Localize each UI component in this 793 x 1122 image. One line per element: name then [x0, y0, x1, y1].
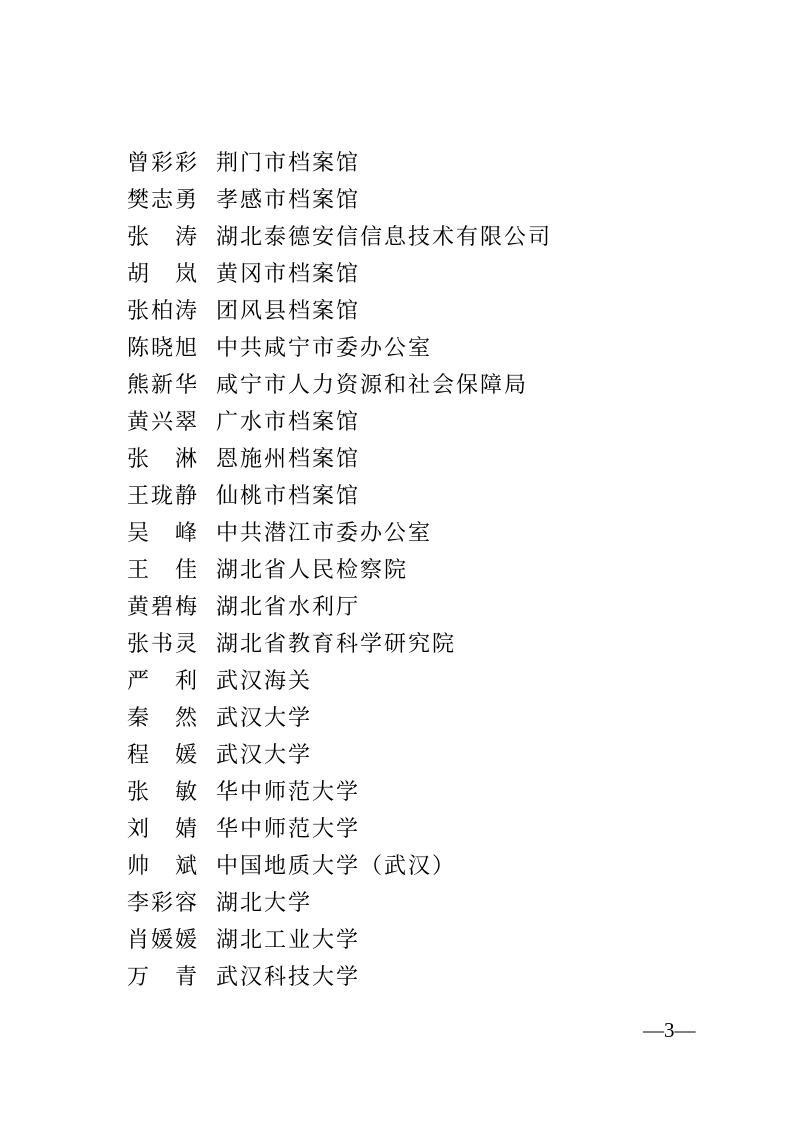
organization-name: 仙桃市档案馆 — [216, 477, 360, 514]
organization-name: 湖北泰德安信信息技术有限公司 — [216, 218, 552, 255]
list-row: 陈晓旭中共咸宁市委办公室 — [127, 329, 552, 366]
person-name: 王珑静 — [127, 477, 216, 514]
person-name: 曾彩彩 — [127, 144, 216, 181]
person-name: 肖媛媛 — [127, 921, 216, 958]
organization-name: 孝感市档案馆 — [216, 181, 360, 218]
organization-name: 团风县档案馆 — [216, 292, 360, 329]
person-name: 张 淋 — [127, 440, 216, 477]
person-name: 吴 峰 — [127, 514, 216, 551]
person-name: 帅 斌 — [127, 847, 216, 884]
organization-name: 武汉海关 — [216, 662, 312, 699]
list-row: 张 涛湖北泰德安信信息技术有限公司 — [127, 218, 552, 255]
organization-name: 湖北省教育科学研究院 — [216, 625, 456, 662]
organization-name: 武汉大学 — [216, 699, 312, 736]
list-row: 肖媛媛湖北工业大学 — [127, 921, 552, 958]
person-name: 万 青 — [127, 958, 216, 995]
person-name: 黄兴翠 — [127, 403, 216, 440]
person-name: 张柏涛 — [127, 292, 216, 329]
person-name: 秦 然 — [127, 699, 216, 736]
list-row: 黄兴翠广水市档案馆 — [127, 403, 552, 440]
list-row: 李彩容湖北大学 — [127, 884, 552, 921]
person-name: 张 涛 — [127, 218, 216, 255]
person-name: 熊新华 — [127, 366, 216, 403]
list-row: 刘 婧华中师范大学 — [127, 810, 552, 847]
list-row: 胡 岚黄冈市档案馆 — [127, 255, 552, 292]
list-row: 熊新华咸宁市人力资源和社会保障局 — [127, 366, 552, 403]
organization-name: 恩施州档案馆 — [216, 440, 360, 477]
person-name: 刘 婧 — [127, 810, 216, 847]
list-row: 张 淋恩施州档案馆 — [127, 440, 552, 477]
person-name: 王 佳 — [127, 551, 216, 588]
organization-name: 华中师范大学 — [216, 773, 360, 810]
person-name: 严 利 — [127, 662, 216, 699]
person-name: 黄碧梅 — [127, 588, 216, 625]
organization-name: 中共咸宁市委办公室 — [216, 329, 432, 366]
organization-name: 广水市档案馆 — [216, 403, 360, 440]
list-row: 程 媛武汉大学 — [127, 736, 552, 773]
organization-name: 中国地质大学（武汉） — [216, 847, 456, 884]
organization-name: 武汉大学 — [216, 736, 312, 773]
organization-name: 武汉科技大学 — [216, 958, 360, 995]
organization-name: 湖北工业大学 — [216, 921, 360, 958]
list-row: 万 青武汉科技大学 — [127, 958, 552, 995]
person-name: 陈晓旭 — [127, 329, 216, 366]
organization-name: 湖北省水利厅 — [216, 588, 360, 625]
list-row: 王 佳湖北省人民检察院 — [127, 551, 552, 588]
person-name: 李彩容 — [127, 884, 216, 921]
list-row: 张 敏华中师范大学 — [127, 773, 552, 810]
page-number: —3— — [643, 1016, 696, 1044]
organization-name: 荆门市档案馆 — [216, 144, 360, 181]
list-row: 张书灵湖北省教育科学研究院 — [127, 625, 552, 662]
person-name: 胡 岚 — [127, 255, 216, 292]
organization-name: 湖北大学 — [216, 884, 312, 921]
organization-name: 中共潜江市委办公室 — [216, 514, 432, 551]
organization-name: 华中师范大学 — [216, 810, 360, 847]
organization-name: 湖北省人民检察院 — [216, 551, 408, 588]
person-name: 张 敏 — [127, 773, 216, 810]
list-row: 黄碧梅湖北省水利厅 — [127, 588, 552, 625]
list-row: 帅 斌中国地质大学（武汉） — [127, 847, 552, 884]
list-row: 王珑静仙桃市档案馆 — [127, 477, 552, 514]
person-name: 程 媛 — [127, 736, 216, 773]
list-row: 樊志勇孝感市档案馆 — [127, 181, 552, 218]
list-row: 张柏涛团风县档案馆 — [127, 292, 552, 329]
document-page: 曾彩彩荆门市档案馆樊志勇孝感市档案馆张 涛湖北泰德安信信息技术有限公司胡 岚黄冈… — [0, 0, 793, 1122]
organization-name: 咸宁市人力资源和社会保障局 — [216, 366, 528, 403]
name-list: 曾彩彩荆门市档案馆樊志勇孝感市档案馆张 涛湖北泰德安信信息技术有限公司胡 岚黄冈… — [127, 144, 552, 995]
list-row: 秦 然武汉大学 — [127, 699, 552, 736]
list-row: 严 利武汉海关 — [127, 662, 552, 699]
person-name: 樊志勇 — [127, 181, 216, 218]
person-name: 张书灵 — [127, 625, 216, 662]
list-row: 曾彩彩荆门市档案馆 — [127, 144, 552, 181]
list-row: 吴 峰中共潜江市委办公室 — [127, 514, 552, 551]
organization-name: 黄冈市档案馆 — [216, 255, 360, 292]
